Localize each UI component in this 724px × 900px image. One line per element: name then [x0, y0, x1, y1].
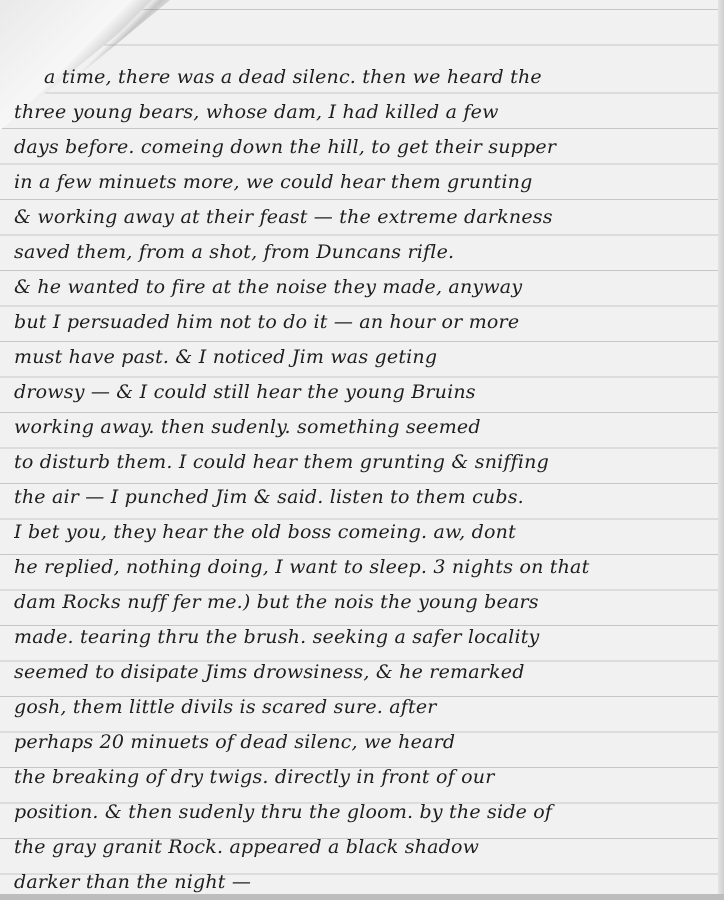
text-line: the gray granit Rock. appeared a black s…	[14, 830, 720, 865]
text-line: three young bears, whose dam, I had kill…	[14, 95, 720, 130]
text-line: perhaps 20 minuets of dead silenc, we he…	[14, 725, 720, 760]
text-line: saved them, from a shot, from Duncans ri…	[14, 235, 720, 270]
text-line: must have past. & I noticed Jim was geti…	[14, 340, 720, 375]
text-line: working away. then sudenly. something se…	[14, 410, 720, 445]
text-line: a time, there was a dead silenc. then we…	[14, 60, 720, 95]
text-line: gosh, them little divils is scared sure.…	[14, 690, 720, 725]
text-line: I bet you, they hear the old boss comein…	[14, 515, 720, 550]
text-line: made. tearing thru the brush. seeking a …	[14, 620, 720, 655]
text-line: to disturb them. I could hear them grunt…	[14, 445, 720, 480]
text-line: but I persuaded him not to do it — an ho…	[14, 305, 720, 340]
text-line: dam Rocks nuff fer me.) but the nois the…	[14, 585, 720, 620]
text-line: days before. comeing down the hill, to g…	[14, 130, 720, 165]
text-line: in a few minuets more, we could hear the…	[14, 165, 720, 200]
text-line: & he wanted to fire at the noise they ma…	[14, 270, 720, 305]
handwritten-text: a time, there was a dead silenc. then we…	[14, 60, 720, 900]
text-line: & working away at their feast — the extr…	[14, 200, 720, 235]
manuscript-page: a time, there was a dead silenc. then we…	[0, 0, 724, 900]
text-line: the air — I punched Jim & said. listen t…	[14, 480, 720, 515]
text-line: seemed to disipate Jims drowsiness, & he…	[14, 655, 720, 690]
text-line: the breaking of dry twigs. directly in f…	[14, 760, 720, 795]
text-line: drowsy — & I could still hear the young …	[14, 375, 720, 410]
text-line: position. & then sudenly thru the gloom.…	[14, 795, 720, 830]
text-line: darker than the night —	[14, 865, 720, 900]
text-line: he replied, nothing doing, I want to sle…	[14, 550, 720, 585]
